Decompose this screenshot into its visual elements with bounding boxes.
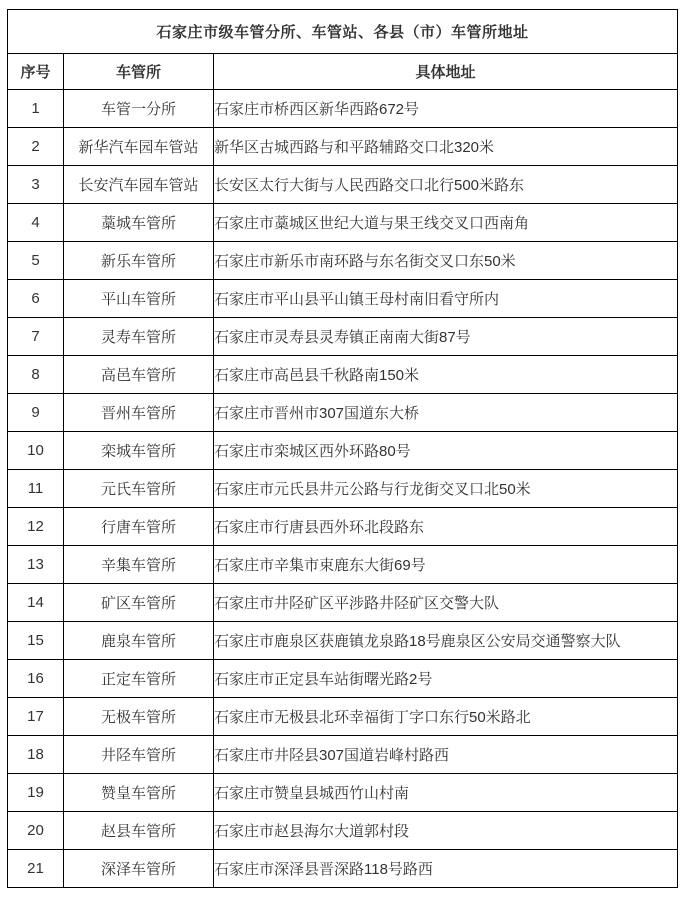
- table-header-row: 序号 车管所 具体地址: [8, 54, 678, 90]
- cell-office-name: 平山车管所: [64, 280, 214, 318]
- cell-index: 7: [8, 318, 64, 356]
- cell-office-name: 井陉车管所: [64, 736, 214, 774]
- cell-address: 石家庄市元氏县井元公路与行龙街交叉口北50米: [214, 470, 678, 508]
- table-row: 4藁城车管所石家庄市藁城区世纪大道与果王线交叉口西南角: [8, 204, 678, 242]
- cell-index: 16: [8, 660, 64, 698]
- cell-index: 19: [8, 774, 64, 812]
- cell-office-name: 车管一分所: [64, 90, 214, 128]
- cell-index: 15: [8, 622, 64, 660]
- cell-address: 石家庄市赵县海尔大道郭村段: [214, 812, 678, 850]
- cell-office-name: 正定车管所: [64, 660, 214, 698]
- table-row: 21深泽车管所石家庄市深泽县晋深路118号路西: [8, 850, 678, 888]
- cell-address: 新华区古城西路与和平路辅路交口北320米: [214, 128, 678, 166]
- cell-index: 5: [8, 242, 64, 280]
- cell-office-name: 矿区车管所: [64, 584, 214, 622]
- cell-office-name: 元氏车管所: [64, 470, 214, 508]
- table-row: 8高邑车管所石家庄市高邑县千秋路南150米: [8, 356, 678, 394]
- table-row: 11元氏车管所石家庄市元氏县井元公路与行龙街交叉口北50米: [8, 470, 678, 508]
- cell-office-name: 灵寿车管所: [64, 318, 214, 356]
- cell-index: 3: [8, 166, 64, 204]
- table-row: 18井陉车管所石家庄市井陉县307国道岩峰村路西: [8, 736, 678, 774]
- cell-office-name: 高邑车管所: [64, 356, 214, 394]
- cell-address: 石家庄市井陉县307国道岩峰村路西: [214, 736, 678, 774]
- table-row: 15鹿泉车管所石家庄市鹿泉区获鹿镇龙泉路18号鹿泉区公安局交通警察大队: [8, 622, 678, 660]
- cell-address: 石家庄市新乐市南环路与东名街交叉口东50米: [214, 242, 678, 280]
- cell-office-name: 赵县车管所: [64, 812, 214, 850]
- column-header-office: 车管所: [64, 54, 214, 90]
- column-header-address: 具体地址: [214, 54, 678, 90]
- cell-office-name: 藁城车管所: [64, 204, 214, 242]
- cell-office-name: 深泽车管所: [64, 850, 214, 888]
- cell-office-name: 无极车管所: [64, 698, 214, 736]
- cell-address: 石家庄市平山县平山镇王母村南旧看守所内: [214, 280, 678, 318]
- cell-address: 石家庄市鹿泉区获鹿镇龙泉路18号鹿泉区公安局交通警察大队: [214, 622, 678, 660]
- table-row: 6平山车管所石家庄市平山县平山镇王母村南旧看守所内: [8, 280, 678, 318]
- cell-office-name: 赞皇车管所: [64, 774, 214, 812]
- page: 石家庄市级车管分所、车管站、各县（市）车管所地址 序号 车管所 具体地址 1车管…: [0, 0, 684, 902]
- table-body: 1车管一分所石家庄市桥西区新华西路672号2新华汽车园车管站新华区古城西路与和平…: [8, 90, 678, 888]
- cell-office-name: 长安汽车园车管站: [64, 166, 214, 204]
- table-row: 7灵寿车管所石家庄市灵寿县灵寿镇正南南大街87号: [8, 318, 678, 356]
- cell-address: 石家庄市藁城区世纪大道与果王线交叉口西南角: [214, 204, 678, 242]
- cell-address: 长安区太行大街与人民西路交口北行500米路东: [214, 166, 678, 204]
- cell-index: 14: [8, 584, 64, 622]
- cell-address: 石家庄市辛集市束鹿东大街69号: [214, 546, 678, 584]
- cell-index: 12: [8, 508, 64, 546]
- cell-index: 4: [8, 204, 64, 242]
- table-row: 14矿区车管所石家庄市井陉矿区平涉路井陉矿区交警大队: [8, 584, 678, 622]
- table-row: 17无极车管所石家庄市无极县北环幸福街丁字口东行50米路北: [8, 698, 678, 736]
- cell-office-name: 鹿泉车管所: [64, 622, 214, 660]
- cell-office-name: 辛集车管所: [64, 546, 214, 584]
- cell-index: 10: [8, 432, 64, 470]
- cell-index: 1: [8, 90, 64, 128]
- cell-index: 18: [8, 736, 64, 774]
- cell-office-name: 新华汽车园车管站: [64, 128, 214, 166]
- table-row: 13辛集车管所石家庄市辛集市束鹿东大街69号: [8, 546, 678, 584]
- cell-address: 石家庄市桥西区新华西路672号: [214, 90, 678, 128]
- cell-office-name: 晋州车管所: [64, 394, 214, 432]
- cell-address: 石家庄市深泽县晋深路118号路西: [214, 850, 678, 888]
- cell-address: 石家庄市正定县车站街曙光路2号: [214, 660, 678, 698]
- cell-office-name: 行唐车管所: [64, 508, 214, 546]
- cell-index: 13: [8, 546, 64, 584]
- table-row: 12行唐车管所石家庄市行唐县西外环北段路东: [8, 508, 678, 546]
- cell-index: 6: [8, 280, 64, 318]
- cell-address: 石家庄市灵寿县灵寿镇正南南大街87号: [214, 318, 678, 356]
- cell-address: 石家庄市行唐县西外环北段路东: [214, 508, 678, 546]
- vehicle-office-address-table: 石家庄市级车管分所、车管站、各县（市）车管所地址 序号 车管所 具体地址 1车管…: [7, 9, 678, 888]
- cell-office-name: 新乐车管所: [64, 242, 214, 280]
- table-row: 9晋州车管所石家庄市晋州市307国道东大桥: [8, 394, 678, 432]
- table-row: 1车管一分所石家庄市桥西区新华西路672号: [8, 90, 678, 128]
- table-row: 16正定车管所石家庄市正定县车站街曙光路2号: [8, 660, 678, 698]
- cell-address: 石家庄市晋州市307国道东大桥: [214, 394, 678, 432]
- column-header-index: 序号: [8, 54, 64, 90]
- cell-index: 11: [8, 470, 64, 508]
- cell-index: 8: [8, 356, 64, 394]
- cell-address: 石家庄市井陉矿区平涉路井陉矿区交警大队: [214, 584, 678, 622]
- cell-index: 2: [8, 128, 64, 166]
- cell-address: 石家庄市赞皇县城西竹山村南: [214, 774, 678, 812]
- table-title-row: 石家庄市级车管分所、车管站、各县（市）车管所地址: [8, 10, 678, 54]
- cell-index: 9: [8, 394, 64, 432]
- cell-index: 17: [8, 698, 64, 736]
- cell-index: 20: [8, 812, 64, 850]
- cell-index: 21: [8, 850, 64, 888]
- table-row: 10栾城车管所石家庄市栾城区西外环路80号: [8, 432, 678, 470]
- table-row: 5新乐车管所石家庄市新乐市南环路与东名街交叉口东50米: [8, 242, 678, 280]
- cell-address: 石家庄市无极县北环幸福街丁字口东行50米路北: [214, 698, 678, 736]
- cell-office-name: 栾城车管所: [64, 432, 214, 470]
- table-row: 3长安汽车园车管站长安区太行大街与人民西路交口北行500米路东: [8, 166, 678, 204]
- cell-address: 石家庄市高邑县千秋路南150米: [214, 356, 678, 394]
- table-row: 2新华汽车园车管站新华区古城西路与和平路辅路交口北320米: [8, 128, 678, 166]
- table-row: 20赵县车管所石家庄市赵县海尔大道郭村段: [8, 812, 678, 850]
- cell-address: 石家庄市栾城区西外环路80号: [214, 432, 678, 470]
- table-row: 19赞皇车管所石家庄市赞皇县城西竹山村南: [8, 774, 678, 812]
- table-title: 石家庄市级车管分所、车管站、各县（市）车管所地址: [8, 10, 678, 54]
